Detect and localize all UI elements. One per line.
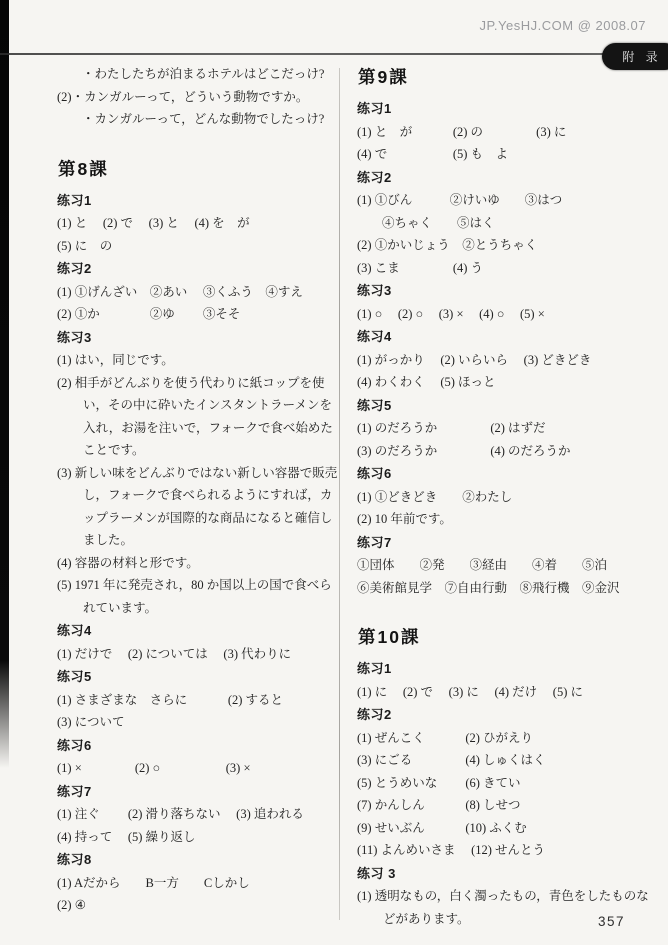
lesson-title: 第10課: [358, 625, 655, 649]
answer-line: (1) × (2) ○ (3) ×: [57, 757, 344, 780]
answer-item: (5) 1971 年に発売され，80 か国以上の国で食べられています。: [57, 574, 344, 619]
answer-item: (2)・カンガルーって，どういう動物ですか。: [57, 86, 344, 109]
answer-line: (1) Aだから B一方 Cしかし: [57, 872, 344, 895]
answer-line: (9) せいぶん (10) ふくむ: [357, 817, 655, 840]
answer-line: (4) 持って (5) 繰り返し: [57, 826, 344, 849]
exercise-label: 练习2: [357, 167, 655, 190]
answer-line: (2) ①か ②ゆ ③そそ: [57, 303, 344, 326]
answer-line: (4) わくわく (5) ほっと: [357, 371, 655, 394]
answer-line: (2) ①かいじょう ②とうちゃく: [357, 234, 655, 257]
exercise-label: 练习6: [57, 735, 344, 758]
lesson-title: 第8課: [58, 157, 344, 181]
header-rule: [0, 53, 632, 55]
exercise-label: 练习1: [57, 190, 344, 213]
exercise-label: 练习4: [357, 326, 655, 349]
lesson-title: 第9課: [358, 65, 655, 89]
page-number: 357: [598, 914, 625, 929]
answer-line: ④ちゃく ⑤はく: [382, 212, 655, 235]
left-column: ・わたしたちが泊まるホテルはどこだっけ?(2)・カンガルーって，どういう動物です…: [57, 63, 344, 917]
exercise-label: 练习1: [357, 98, 655, 121]
answer-item: (3) 新しい味をどんぶりではない新しい容器で販売し，フォークで食べられるように…: [57, 462, 344, 552]
answer-line: (1) に (2) で (3) に (4) だけ (5) に: [357, 681, 655, 704]
answer-line: (7) かんしん (8) しせつ: [357, 794, 655, 817]
answer-line: (3) について: [57, 711, 344, 734]
answer-line: (4) で (5) も よ: [357, 143, 655, 166]
answer-line: (1) ①げんざい ②あい ③くふう ④すえ: [57, 281, 344, 304]
answer-line: (3) のだろうか (4) のだろうか: [357, 440, 655, 463]
answer-item: (2) 相手がどんぶりを使う代わりに紙コップを使い，その中に砕いたインスタントラ…: [57, 372, 344, 462]
exercise-label: 练习5: [357, 395, 655, 418]
answer-line: (3) にごる (4) しゅくはく: [357, 749, 655, 772]
right-column: 第9課练习1(1) と が (2) の (3) に(4) で (5) も よ练习…: [357, 63, 655, 930]
answer-line: (1) のだろうか (2) はずだ: [357, 417, 655, 440]
exercise-label: 练习7: [57, 781, 344, 804]
exercise-label: 练习1: [357, 658, 655, 681]
answer-line: (1) だけで (2) については (3) 代わりに: [57, 643, 344, 666]
exercise-label: 练习5: [57, 666, 344, 689]
answer-item: (4) 容器の材料と形です。: [57, 552, 344, 575]
exercise-label: 练习3: [57, 327, 344, 350]
answer-line: (1) ぜんこく (2) ひがえり: [357, 727, 655, 750]
watermark-text: JP.YesHJ.COM @ 2008.07: [479, 18, 646, 33]
exercise-label: 练习2: [357, 704, 655, 727]
exercise-label: 练习7: [357, 532, 655, 555]
scanned-page: JP.YesHJ.COM @ 2008.07 附 录 ・わたしたちが泊まるホテル…: [0, 0, 668, 945]
answer-line: ①団体 ②発 ③経由 ④着 ⑤泊: [357, 554, 655, 577]
answer-line: (2) ④: [57, 894, 344, 917]
answer-line: (1) 注ぐ (2) 滑り落ちない (3) 追われる: [57, 803, 344, 826]
exercise-label: 练习6: [357, 463, 655, 486]
answer-line: (2) 10 年前です。: [357, 508, 655, 531]
answer-line: ⑥美術館見学 ⑦自由行動 ⑧飛行機 ⑨金沢: [357, 577, 655, 600]
answer-line: (1) ○ (2) ○ (3) × (4) ○ (5) ×: [357, 303, 655, 326]
answer-line: (1) と が (2) の (3) に: [357, 121, 655, 144]
answer-item: (1) はい，同じです。: [57, 349, 344, 372]
answer-line: (1) がっかり (2) いらいら (3) どきどき: [357, 349, 655, 372]
exercise-label: 练习4: [57, 620, 344, 643]
answer-line: (5) に の: [57, 235, 344, 258]
answer-line: ・カンガルーって，どんな動物でしたっけ?: [82, 108, 344, 131]
exercise-label: 练习2: [57, 258, 344, 281]
answer-line: (1) ①どきどき ②わたし: [357, 486, 655, 509]
answer-line: (1) さまざまな さらに (2) すると: [57, 689, 344, 712]
answer-line: ・わたしたちが泊まるホテルはどこだっけ?: [82, 63, 344, 86]
answer-line: (1) ①びん ②けいゆ ③はつ: [357, 189, 655, 212]
answer-line: (5) とうめいな (6) きてい: [357, 772, 655, 795]
exercise-label: 练习8: [57, 849, 344, 872]
answer-line: (3) こま (4) う: [357, 257, 655, 280]
exercise-label: 练习3: [357, 280, 655, 303]
exercise-label: 练习 3: [357, 863, 655, 886]
binding-shadow: [0, 0, 9, 768]
answer-line: (1) と (2) で (3) と (4) を が: [57, 212, 344, 235]
answer-line: (11) よんめいさま (12) せんとう: [357, 839, 655, 862]
